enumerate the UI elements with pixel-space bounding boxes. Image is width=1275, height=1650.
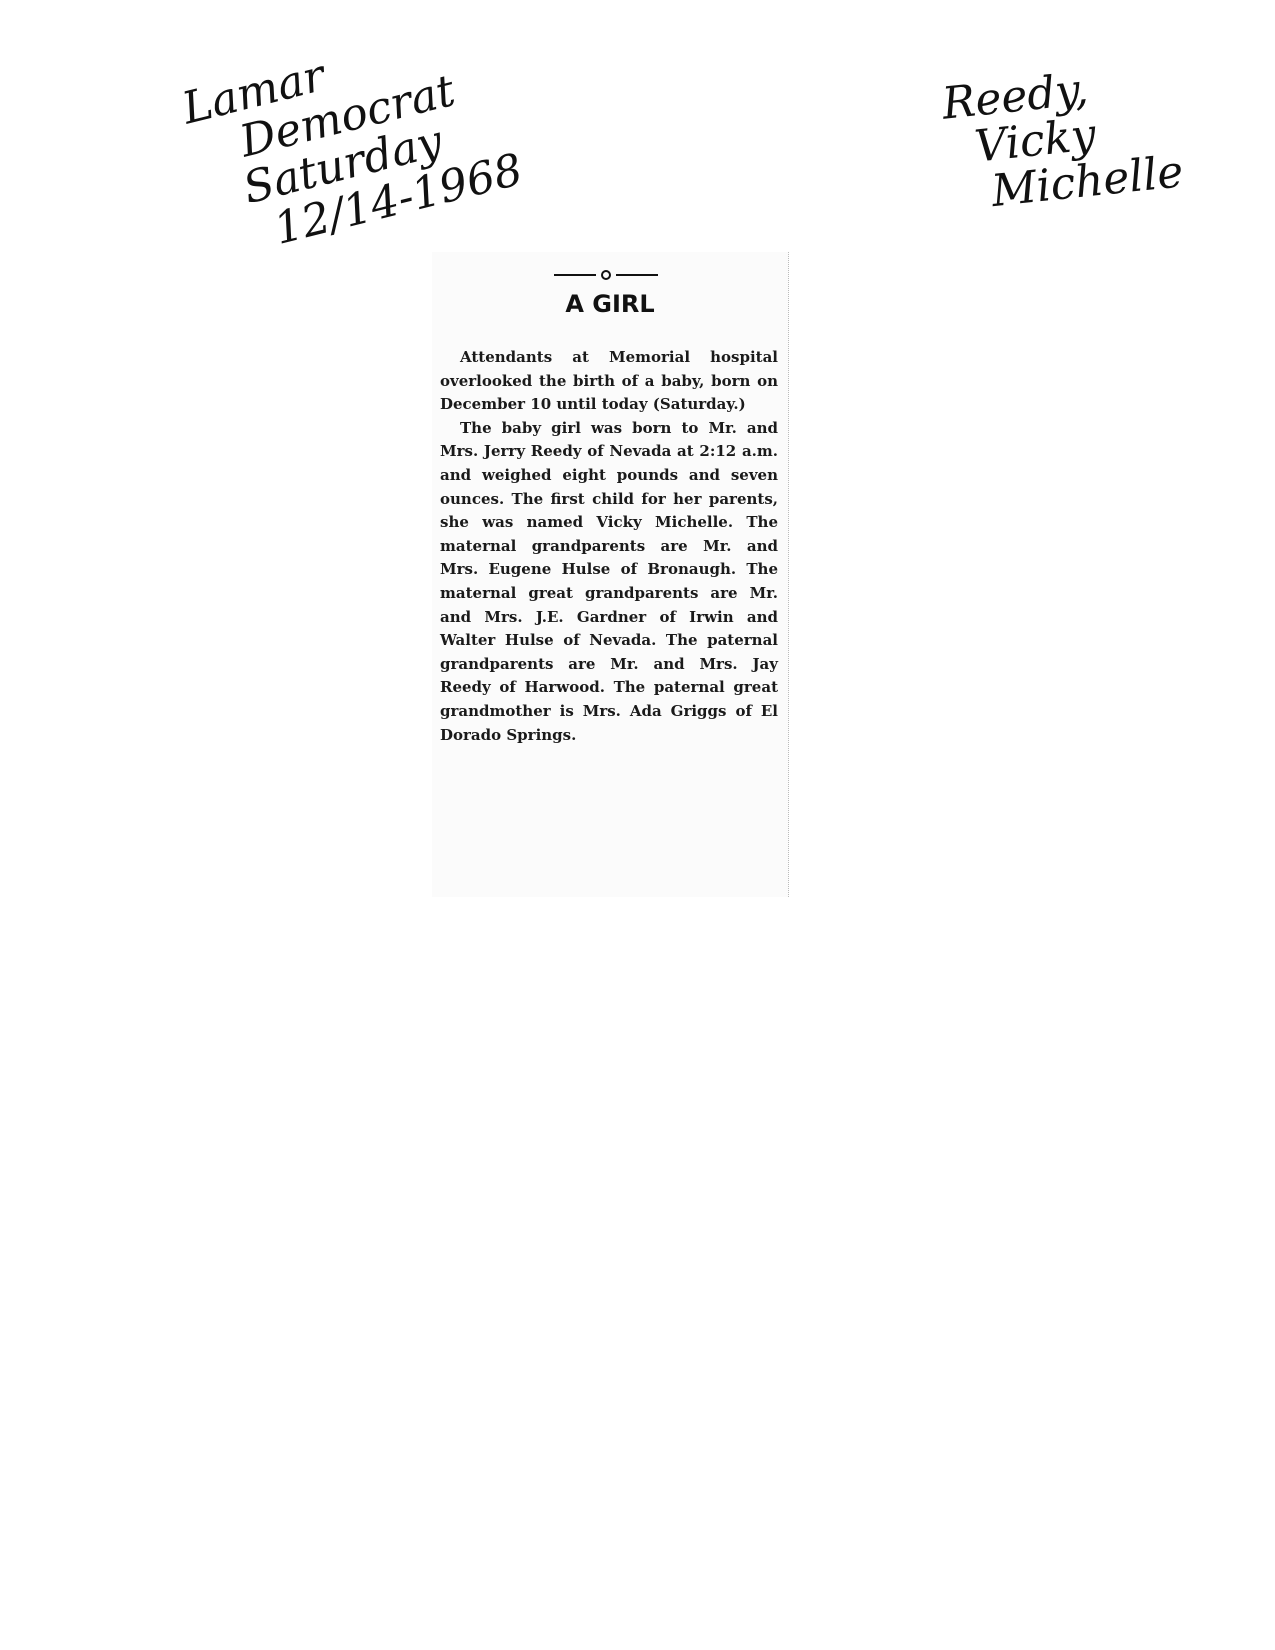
ornament-divider-icon bbox=[554, 270, 658, 280]
article-body: Attendants at Memorial hospital overlook… bbox=[440, 346, 778, 747]
article-paragraph: The baby girl was born to Mr. and Mrs. J… bbox=[440, 417, 778, 747]
newspaper-clipping: A GIRL Attendants at Memorial hospital o… bbox=[432, 252, 789, 897]
article-headline: A GIRL bbox=[432, 290, 788, 318]
handwritten-name-note: Reedy, Vicky Michelle bbox=[940, 58, 1186, 220]
handwritten-source-note: Lamar Democrat Saturday 12/14-1968 bbox=[178, 12, 527, 267]
article-paragraph: Attendants at Memorial hospital overlook… bbox=[440, 346, 778, 417]
